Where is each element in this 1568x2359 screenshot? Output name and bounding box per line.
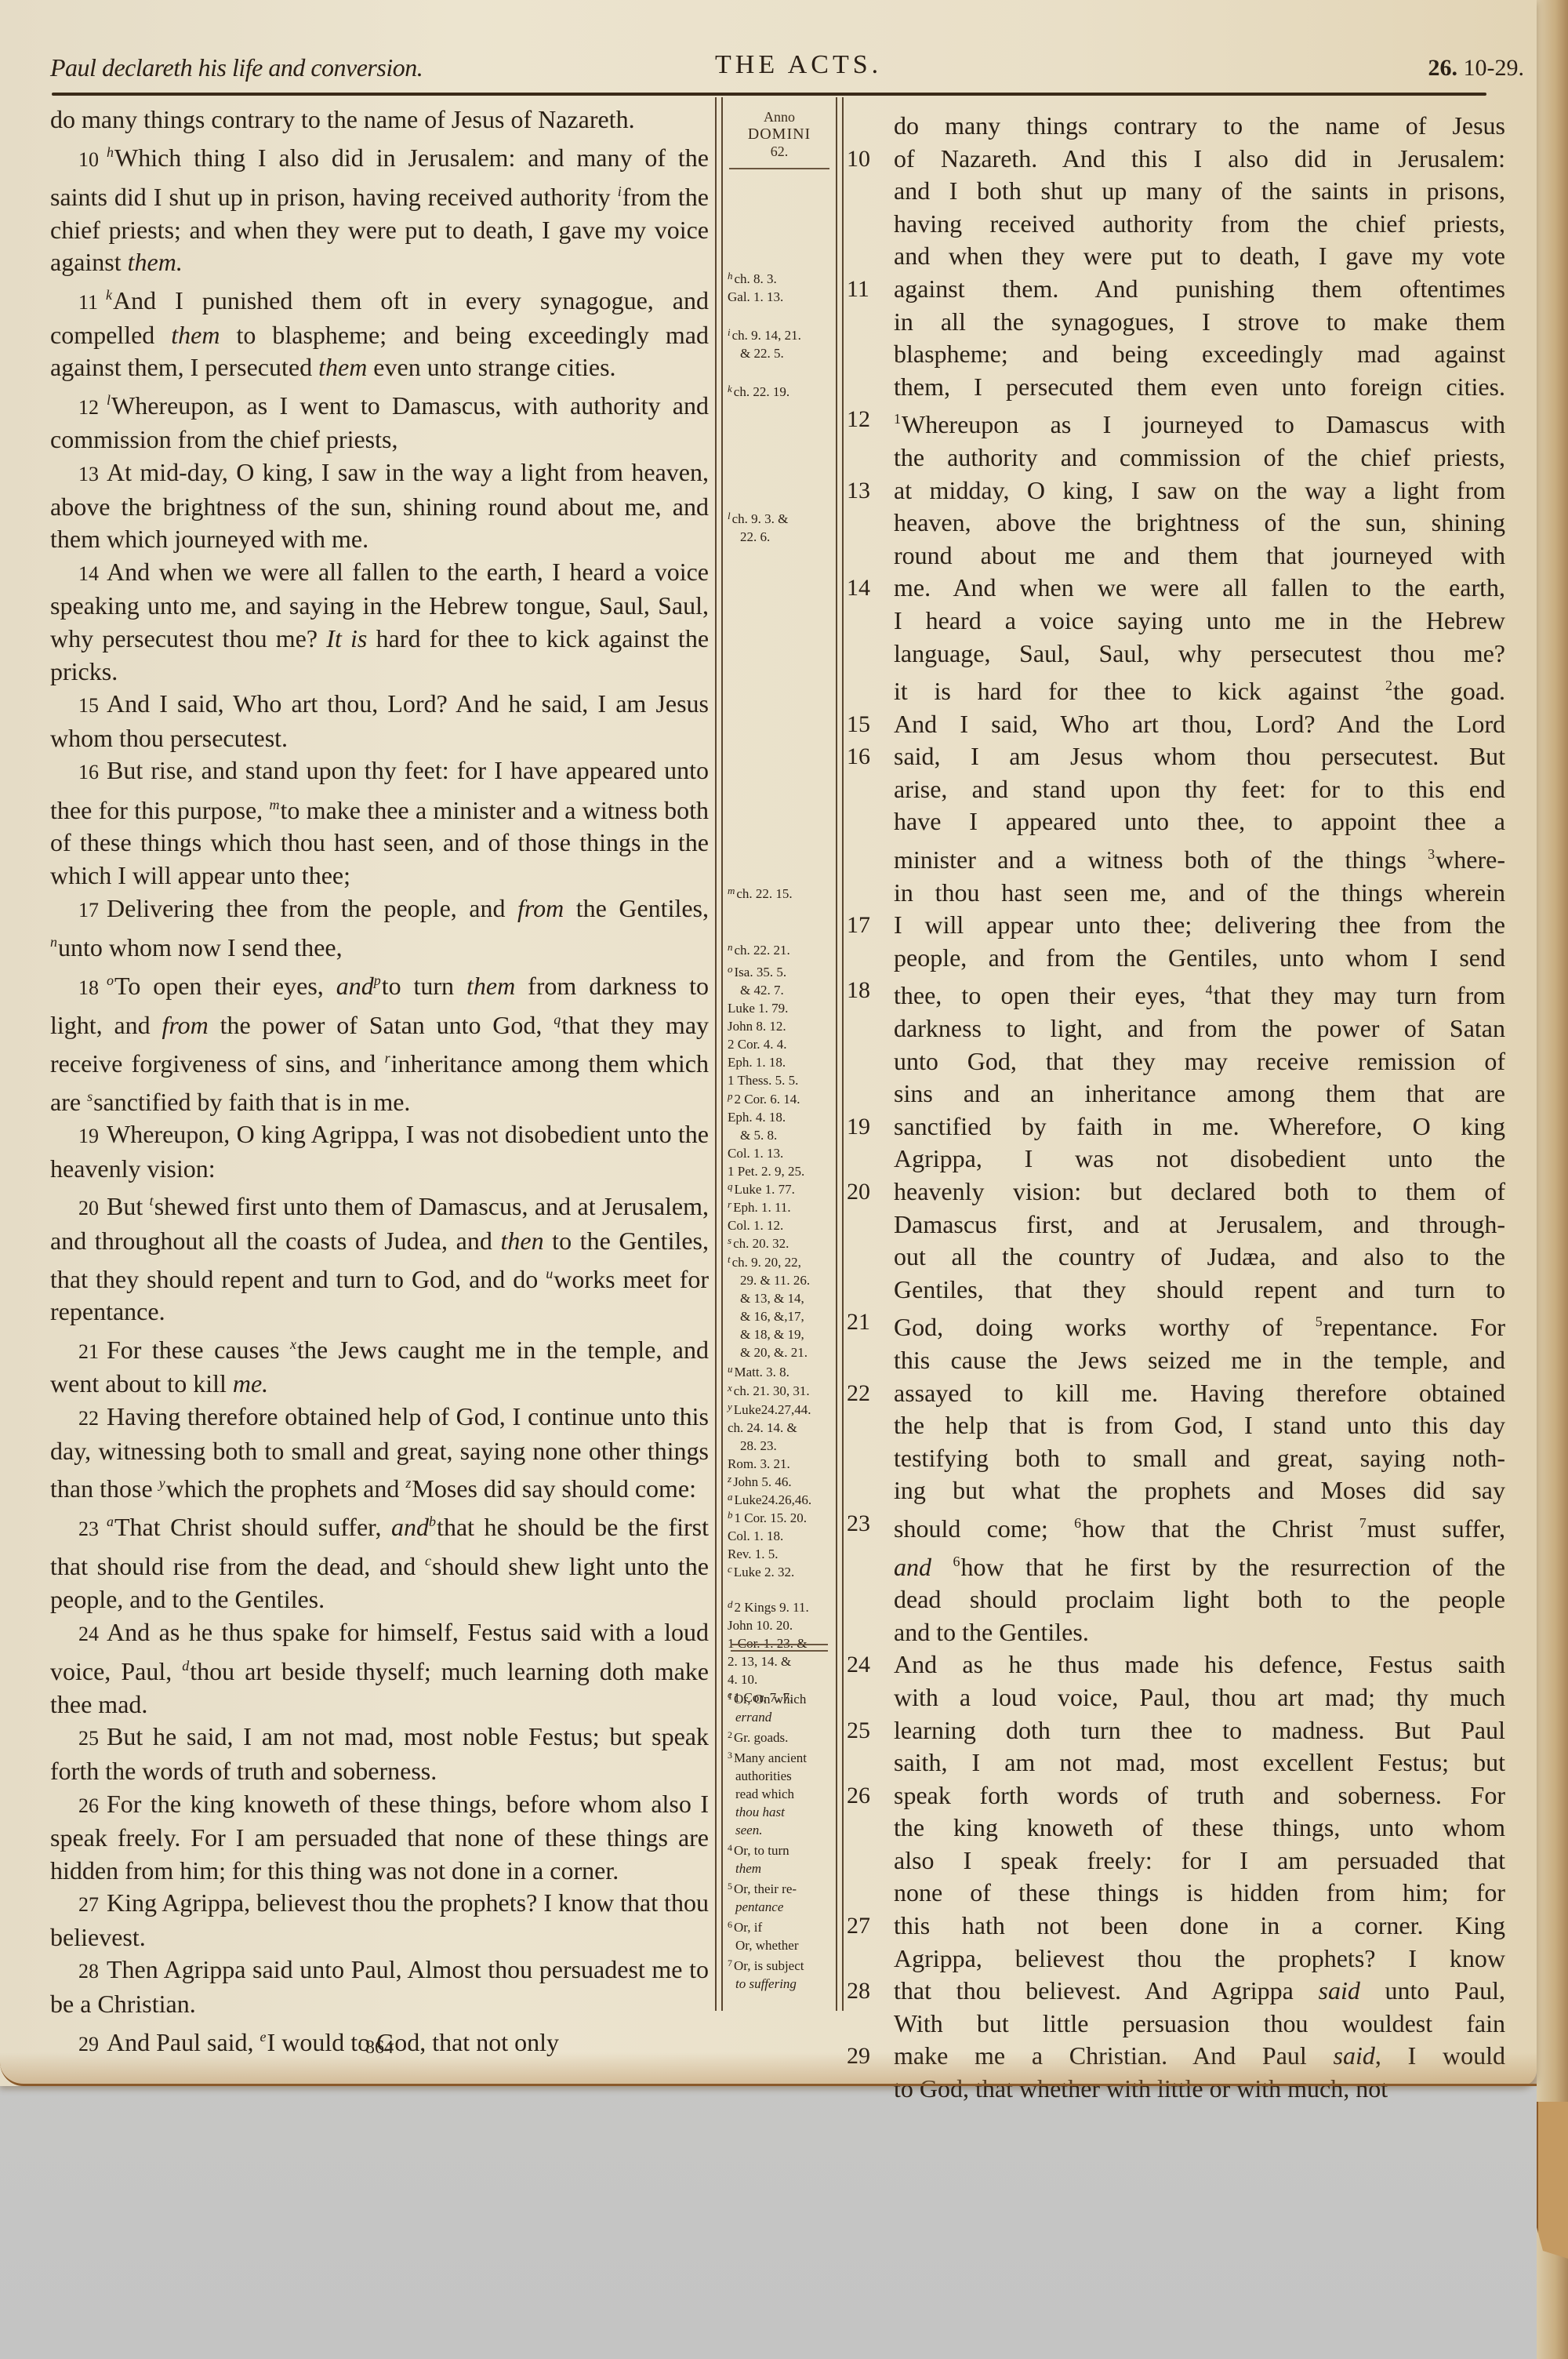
reference-text: & 20, &. 21. xyxy=(740,1345,808,1360)
verse-text: none of these things is hidden from him;… xyxy=(894,1878,1505,1906)
note-number: 7 xyxy=(728,1957,732,1968)
reference-mark: k xyxy=(728,383,732,394)
book-page: Paul declareth his life and conversion. … xyxy=(0,0,1537,2086)
verse-text: out all the country of Judæa, and also t… xyxy=(894,1242,1505,1270)
reference-text: & 16, &,17, xyxy=(740,1309,804,1324)
verse-text: this cause the Jews seized me in the tem… xyxy=(894,1346,1505,1374)
text-line: sins and an inheritance among them that … xyxy=(847,1078,1505,1110)
marginal-notes: 1Or, On whicherrand2Gr. goads.3Many anci… xyxy=(728,1688,840,1993)
verse-number: 13 xyxy=(78,463,99,485)
reference-entry: ich. 9. 14, 21.& 22. 5. xyxy=(728,323,801,362)
verse: 10hWhich thing I also did in Jerusalem: … xyxy=(50,136,709,279)
reference-mark: h xyxy=(107,144,114,160)
verse-number: 20 xyxy=(78,1197,99,1219)
verse-number: 15 xyxy=(847,708,870,741)
verse-text: arise, and stand upon thy feet: for to t… xyxy=(894,775,1505,803)
verse-text: King Agrippa, believest thou the prophet… xyxy=(50,1888,709,1951)
verse-text: blaspheme; and being exceedingly mad aga… xyxy=(894,340,1505,368)
verse-text: And I said, Who art thou, Lord? And the … xyxy=(894,710,1505,738)
italic-text: and xyxy=(391,1513,429,1541)
verse-number: 29 xyxy=(847,2040,870,2073)
note-number: 6 xyxy=(728,1919,732,1930)
verse-text: the power of Satan unto God, xyxy=(209,1011,554,1039)
reference-line: 29. & 11. 26. xyxy=(728,1271,810,1289)
chapter-verse-range: 26. 10-29. xyxy=(1428,55,1525,82)
verse: 22Having therefore obtained help of God,… xyxy=(50,1401,709,1506)
italic-text: them xyxy=(318,353,367,381)
verse-text: the authority and commission of the chie… xyxy=(894,443,1505,471)
reference-mark: e xyxy=(260,2029,267,2045)
right-column-revised: do many things contrary to the name of J… xyxy=(847,110,1505,2106)
reference-text: Gal. 1. 13. xyxy=(728,289,783,304)
reference-text: 28. 23. xyxy=(740,1438,777,1453)
reference-entry: p2 Cor. 6. 14.Eph. 4. 18.& 5. 8.Col. 1. … xyxy=(728,1087,804,1180)
reference-entry: oIsa. 35. 5.& 42. 7.Luke 1. 79.John 8. 1… xyxy=(728,960,798,1089)
verse-text: make me a Christian. And Paul xyxy=(894,2041,1334,2070)
reference-text: ch. 9. 14, 21. xyxy=(732,328,801,343)
reference-line: cLuke 2. 32. xyxy=(728,1560,794,1581)
running-title: Paul declareth his life and conversion. xyxy=(50,53,423,82)
text-line: 13at midday, O king, I saw on the way a … xyxy=(847,474,1505,507)
text-line: testifying both to small and great, sayi… xyxy=(847,1442,1505,1475)
reference-line: 28. 23. xyxy=(728,1437,811,1455)
verse: 18oTo open their eyes, andpto turn them … xyxy=(50,965,709,1118)
text-line: 27this hath not been done in a corner. K… xyxy=(847,1910,1505,1943)
reference-line: mch. 22. 15. xyxy=(728,881,793,903)
reference-mark: o xyxy=(107,972,114,988)
reference-mark: c xyxy=(728,1563,732,1575)
verse-text: heavenly vision: but declared both to th… xyxy=(894,1177,1505,1205)
header-rule xyxy=(52,93,1486,96)
reference-mark: x xyxy=(728,1382,732,1394)
reference-line: & 18, & 19, xyxy=(728,1325,810,1343)
verse-text: sanctified by faith in me. Wherefore, O … xyxy=(894,1112,1505,1140)
note-mark: 2 xyxy=(1385,678,1392,693)
text-line: minister and a witness both of the thing… xyxy=(847,838,1505,877)
verse-text: But he said, I am not mad, most noble Fe… xyxy=(50,1722,709,1785)
note-line: pentance xyxy=(728,1898,840,1916)
text-line: 21God, doing works worthy of 5repentance… xyxy=(847,1306,1505,1344)
reference-entry: mch. 22. 15. xyxy=(728,881,793,903)
note-number: 3 xyxy=(728,1750,732,1761)
note-text: Many ancient xyxy=(734,1750,807,1765)
reference-line: 2 Cor. 4. 4. xyxy=(728,1035,798,1053)
page-tab xyxy=(1537,2102,1568,2259)
reference-text: ch. 22. 19. xyxy=(734,384,789,399)
reference-text: ch. 20. 32. xyxy=(733,1236,789,1251)
verse-text: unto whom now I send thee, xyxy=(58,933,343,961)
reference-text: ch. 8. 3. xyxy=(735,271,777,286)
reference-mark: s xyxy=(728,1234,731,1246)
verse-text: For the king knoweth of these things, be… xyxy=(50,1790,709,1885)
verse-number: 17 xyxy=(78,899,99,921)
verse-number: 27 xyxy=(78,1893,99,1916)
reference-line: Col. 1. 18. xyxy=(728,1527,807,1545)
note-number: 5 xyxy=(728,1881,732,1892)
note-mark: 6 xyxy=(1074,1515,1081,1531)
verse-text: repentance. For xyxy=(1323,1313,1505,1341)
text-line: Agrippa, I was not disobedient unto the xyxy=(847,1143,1505,1176)
verse-number: 16 xyxy=(847,740,870,773)
note-line: 4Or, to turn xyxy=(728,1839,840,1859)
reference-line: nch. 22. 21. xyxy=(728,938,790,959)
verse-text: Delivering thee from the people, and xyxy=(107,894,517,922)
reference-mark: p xyxy=(728,1090,733,1102)
verse-text: Whereupon, O king Agrippa, I was not dis… xyxy=(50,1120,709,1183)
reference-entry: cLuke 2. 32. xyxy=(728,1560,794,1581)
note-line: read which xyxy=(728,1785,840,1803)
verse-text: this hath not been done in a corner. Kin… xyxy=(894,1911,1505,1939)
text-line: blaspheme; and being exceedingly mad aga… xyxy=(847,338,1505,371)
reference-text: Eph. 1. 11. xyxy=(733,1200,791,1215)
verse-text: round about me and them that journeyed w… xyxy=(894,541,1505,569)
reference-text: ch. 9. 3. & xyxy=(732,511,789,526)
reference-mark: n xyxy=(728,941,733,953)
reference-entry: xch. 21. 30, 31. xyxy=(728,1379,810,1400)
verse-text: With but little persuasion thou wouldest… xyxy=(894,2009,1505,2037)
italic-text: them. xyxy=(128,248,183,276)
verse-text: I will appear unto thee; delivering thee… xyxy=(894,911,1505,939)
reference-text: & 18, & 19, xyxy=(740,1327,804,1342)
verse: 11kAnd I punished them oft in every syna… xyxy=(50,279,709,384)
text-line: 121Whereupon as I journeyed to Damascus … xyxy=(847,403,1505,442)
verse-number: 24 xyxy=(78,1623,99,1645)
italic-text: said xyxy=(1319,1976,1360,2005)
note-line: 7Or, is subject xyxy=(728,1954,840,1975)
verse-number: 23 xyxy=(78,1518,99,1540)
verse-text: I would to God, that not only xyxy=(267,2028,559,2056)
text-line: With but little persuasion thou wouldest… xyxy=(847,2008,1505,2041)
note-line: thou hast xyxy=(728,1803,840,1821)
text-line: arise, and stand upon thy feet: for to t… xyxy=(847,773,1505,806)
verse: 13At mid-day, O king, I saw in the way a… xyxy=(50,456,709,556)
text-line: this cause the Jews seized me in the tem… xyxy=(847,1344,1505,1377)
text-line: 28that thou believest. And Agrippa said … xyxy=(847,1975,1505,2008)
text-line: 16said, I am Jesus whom thou persecutest… xyxy=(847,740,1505,773)
reference-line: kch. 22. 19. xyxy=(728,380,789,401)
verse-text: language, Saul, Saul, why persecutest th… xyxy=(894,639,1505,667)
verse-number: 18 xyxy=(847,974,870,1007)
reference-entry: d2 Kings 9. 11.John 10. 20.1 Cor. 1. 23.… xyxy=(728,1595,809,1688)
note-line: to suffering xyxy=(728,1975,840,1993)
verse-text: where- xyxy=(1436,845,1505,874)
note-text: thou hast xyxy=(735,1805,785,1819)
verse-text: thee, to open their eyes, xyxy=(894,981,1206,1009)
verse: 19Whereupon, O king Agrippa, I was not d… xyxy=(50,1118,709,1185)
italic-text: from xyxy=(517,894,564,922)
verse-text: unto God, that they may receive remissio… xyxy=(894,1047,1505,1075)
verse-number: 20 xyxy=(847,1176,870,1209)
reference-text: 2 Cor. 6. 14. xyxy=(735,1092,800,1107)
reference-line: ich. 9. 14, 21. xyxy=(728,323,801,344)
verse-text: should come; xyxy=(894,1514,1074,1543)
verse-text: Then Agrippa said unto Paul, Almost thou… xyxy=(50,1955,709,2018)
reference-mark: b xyxy=(728,1509,733,1521)
reference-line: oIsa. 35. 5. xyxy=(728,960,798,981)
reference-text: Eph. 4. 18. xyxy=(728,1110,786,1125)
reference-line: yLuke24.27,44. xyxy=(728,1398,811,1419)
verse-text: how that he first by the resurrection of… xyxy=(961,1553,1506,1581)
reference-line: & 22. 5. xyxy=(728,344,801,362)
text-line: it is hard for thee to kick against 2the… xyxy=(847,670,1505,708)
reference-mark: n xyxy=(50,934,57,950)
reference-mark: o xyxy=(728,963,733,975)
verse-text: the goad. xyxy=(1393,677,1505,705)
note-line: authorities xyxy=(728,1767,840,1785)
reference-mark: u xyxy=(728,1363,733,1375)
verse-text: against them. And punishing them oftenti… xyxy=(894,274,1505,303)
verse-text: For these causes xyxy=(107,1336,290,1364)
note-text: errand xyxy=(735,1710,771,1725)
text-line: with a loud voice, Paul, thou art mad; t… xyxy=(847,1681,1505,1714)
verse-text: Whereupon as I journeyed to Damascus wit… xyxy=(902,410,1505,438)
verse-number: 28 xyxy=(847,1975,870,2008)
italic-text: them xyxy=(466,972,515,1000)
note-line: seen. xyxy=(728,1821,840,1839)
verse: 25But he said, I am not mad, most noble … xyxy=(50,1721,709,1787)
reference-line: & 20, &. 21. xyxy=(728,1343,810,1361)
verse-number: 19 xyxy=(78,1125,99,1147)
verse-text: And Paul said, xyxy=(107,2028,260,2056)
left-column-kjv: do many things contrary to the name of J… xyxy=(50,104,709,2060)
note-text: pentance xyxy=(735,1899,783,1914)
text-line: to God, that whether with little or with… xyxy=(847,2073,1505,2106)
reference-mark: z xyxy=(728,1473,731,1485)
verse-text: in thou hast seen me, and of the things … xyxy=(894,878,1505,907)
reference-text: John 10. 20. xyxy=(728,1618,793,1633)
reference-line: Eph. 4. 18. xyxy=(728,1108,804,1126)
verse: 12lWhereupon, as I went to Damascus, wit… xyxy=(50,384,709,456)
verse-text: And as he thus made his defence, Festus … xyxy=(894,1650,1505,1678)
italic-text: It is xyxy=(326,624,367,652)
reference-entry: yLuke24.27,44.ch. 24. 14. &28. 23.Rom. 3… xyxy=(728,1398,811,1473)
verse-number: 26 xyxy=(847,1779,870,1812)
verse-number: 14 xyxy=(847,572,870,605)
verse-continuation: do many things contrary to the name of J… xyxy=(50,104,709,136)
text-line: ing but what the prophets and Moses did … xyxy=(847,1474,1505,1507)
text-line: the king knoweth of these things, unto w… xyxy=(847,1812,1505,1845)
notes-rule xyxy=(731,1650,828,1652)
reference-line: 2. 13, 14. & xyxy=(728,1652,809,1670)
reference-mark: y xyxy=(728,1401,732,1412)
reference-line: ch. 24. 14. & xyxy=(728,1419,811,1437)
note-text: to suffering xyxy=(735,1976,797,1991)
text-line: saith, I am not mad, most excellent Fest… xyxy=(847,1747,1505,1779)
italic-text: and xyxy=(894,1553,931,1581)
verse-text: having received authority from the chief… xyxy=(894,209,1505,238)
verse-text: have I appeared unto thee, to appoint th… xyxy=(894,807,1505,835)
italic-text: and xyxy=(336,972,374,1000)
reference-mark: q xyxy=(554,1012,561,1027)
verse-number: 10 xyxy=(847,143,870,176)
verse-number: 23 xyxy=(847,1507,870,1540)
reference-line: lch. 9. 3. & xyxy=(728,507,788,528)
text-line: out all the country of Judæa, and also t… xyxy=(847,1241,1505,1274)
text-line: 17I will appear unto thee; delivering th… xyxy=(847,909,1505,942)
text-line: I heard a voice saying unto me in the He… xyxy=(847,605,1505,638)
reference-entry: tch. 9. 20, 22,29. & 11. 26.& 13, & 14,&… xyxy=(728,1250,810,1361)
reference-text: ch. 22. 15. xyxy=(736,886,792,901)
reference-text: 22. 6. xyxy=(740,529,770,544)
reference-line: Gal. 1. 13. xyxy=(728,288,783,306)
note-text: them xyxy=(735,1861,761,1876)
verse: 24And as he thus spake for himself, Fest… xyxy=(50,1616,709,1721)
text-line: round about me and them that journeyed w… xyxy=(847,540,1505,572)
verse-number: 16 xyxy=(78,761,99,783)
note-text: read which xyxy=(735,1787,794,1801)
anno-rule xyxy=(729,168,829,169)
reference-line: John 8. 12. xyxy=(728,1017,798,1035)
note-line: Or, whether xyxy=(728,1936,840,1954)
verse-text: And I said, Who art thou, Lord? And he s… xyxy=(50,689,709,752)
reference-mark: q xyxy=(728,1180,733,1192)
reference-entry: hch. 8. 3.Gal. 1. 13. xyxy=(728,267,783,306)
reference-mark: p xyxy=(374,972,381,988)
reference-text: Luke24.27,44. xyxy=(734,1402,811,1417)
text-line: heaven, above the brightness of the sun,… xyxy=(847,507,1505,540)
italic-text: then xyxy=(500,1227,543,1255)
reference-mark: s xyxy=(87,1089,93,1104)
verse-text: and when they were put to death, I gave … xyxy=(894,242,1505,270)
note-text: Or, On which xyxy=(734,1692,806,1707)
verse-number: 24 xyxy=(847,1648,870,1681)
text-line: dead should proclaim light both to the p… xyxy=(847,1583,1505,1616)
verse-text: sins and an inheritance among them that … xyxy=(894,1079,1505,1107)
reference-mark: l xyxy=(107,392,111,408)
verse-text: , I would xyxy=(1375,2041,1505,2070)
reference-mark: h xyxy=(728,270,733,282)
note-text: Or, is subject xyxy=(734,1958,804,1973)
note-mark: 6 xyxy=(953,1554,960,1569)
note-line: 3Many ancient xyxy=(728,1747,840,1767)
note-number: 4 xyxy=(728,1842,732,1853)
reference-text: Eph. 1. 18. xyxy=(728,1055,786,1070)
verse-text: them, I persecuted them even unto foreig… xyxy=(894,373,1505,401)
reference-text: & 22. 5. xyxy=(740,346,784,361)
verse: 23aThat Christ should suffer, andbthat h… xyxy=(50,1506,709,1616)
text-line: 20heavenly vision: but declared both to … xyxy=(847,1176,1505,1209)
verse-text: of Nazareth. And this I also did in Jeru… xyxy=(894,144,1505,173)
reference-mark: d xyxy=(728,1598,733,1610)
reference-line: Luke 1. 79. xyxy=(728,999,798,1017)
reference-mark: k xyxy=(106,287,112,303)
note-mark: 4 xyxy=(1206,982,1213,998)
reference-line: & 5. 8. xyxy=(728,1126,804,1144)
reference-mark: a xyxy=(107,1514,114,1529)
text-line: 29make me a Christian. And Paul said, I … xyxy=(847,2040,1505,2073)
verse: 27King Agrippa, believest thou the proph… xyxy=(50,1887,709,1954)
reference-line: & 42. 7. xyxy=(728,981,798,999)
verse-text: To open their eyes, xyxy=(114,972,336,1000)
reference-mark: i xyxy=(618,184,622,199)
reference-text: 2. 13, 14. & xyxy=(728,1654,791,1669)
italic-text: from xyxy=(162,1011,209,1039)
verse-text: people, and from the Gentiles, unto whom… xyxy=(894,943,1505,972)
verse-text: also I speak freely: for I am persuaded … xyxy=(894,1846,1505,1874)
verse-number: 22 xyxy=(847,1377,870,1410)
text-line: 25learning doth turn thee to madness. Bu… xyxy=(847,1714,1505,1747)
verse-number: 25 xyxy=(847,1714,870,1747)
verse-text: But xyxy=(107,1192,150,1220)
reference-text: ch. 9. 20, 22, xyxy=(732,1255,801,1270)
verse-number: 11 xyxy=(78,291,98,314)
verse-number: 21 xyxy=(78,1340,99,1363)
text-line: the authority and commission of the chie… xyxy=(847,442,1505,474)
verse: 14And when we were all fallen to the ear… xyxy=(50,556,709,688)
text-line: have I appeared unto thee, to appoint th… xyxy=(847,805,1505,838)
domini-label: DOMINI xyxy=(717,125,842,143)
note-number: 1 xyxy=(728,1691,732,1702)
note-line: them xyxy=(728,1859,840,1877)
verse-text: unto Paul, xyxy=(1360,1976,1505,2005)
reference-entry: sch. 20. 32. xyxy=(728,1231,789,1252)
text-line: unto God, that they may receive remissio… xyxy=(847,1045,1505,1078)
anno-year: 62. xyxy=(717,143,842,160)
reference-line: uMatt. 3. 8. xyxy=(728,1360,789,1381)
reference-mark: r xyxy=(728,1198,731,1210)
reference-entry: rEph. 1. 11.Col. 1. 12. xyxy=(728,1195,791,1234)
note-text: Or, whether xyxy=(735,1938,799,1953)
note-line: 2Gr. goads. xyxy=(728,1726,840,1747)
reference-mark: b xyxy=(429,1514,436,1529)
verse-text: speak forth words of truth and soberness… xyxy=(894,1781,1505,1809)
note-line: errand xyxy=(728,1708,840,1726)
verse-text: that thou believest. And Agrippa xyxy=(894,1976,1319,2005)
reference-mark: t xyxy=(728,1253,731,1265)
verse-text: to turn xyxy=(382,972,466,1000)
note-text: Or, their re- xyxy=(734,1881,797,1896)
text-line: and to the Gentiles. xyxy=(847,1616,1505,1649)
book-title: THE ACTS. xyxy=(715,50,882,80)
text-line: and I both shut up many of the saints in… xyxy=(847,175,1505,208)
reference-text: & 13, & 14, xyxy=(740,1291,804,1306)
reference-line: John 10. 20. xyxy=(728,1616,809,1634)
note-mark: 3 xyxy=(1428,846,1435,862)
chapter-number: 26. xyxy=(1428,55,1458,81)
reference-line: sch. 20. 32. xyxy=(728,1231,789,1252)
verse-number: 28 xyxy=(78,1960,99,1983)
verse-text: dead should proclaim light both to the p… xyxy=(894,1585,1505,1613)
verse-text: sanctified by faith that is in me. xyxy=(93,1088,410,1116)
verse-text: it is hard for thee to kick against xyxy=(894,677,1385,705)
verse-text: and to the Gentiles. xyxy=(894,1618,1089,1646)
verse-text: me. And when we were all fallen to the e… xyxy=(894,573,1505,602)
reference-text: 1 Thess. 5. 5. xyxy=(728,1073,798,1088)
verse-text: Agrippa, believest thou the prophets? I … xyxy=(894,1944,1505,1972)
reference-mark: t xyxy=(150,1193,154,1209)
verse-number: 13 xyxy=(847,474,870,507)
verse-number: 12 xyxy=(847,403,870,436)
italic-text: me. xyxy=(233,1369,268,1398)
reference-line: p2 Cor. 6. 14. xyxy=(728,1087,804,1108)
reference-entry: lch. 9. 3. &22. 6. xyxy=(728,507,788,546)
verse: 16But rise, and stand upon thy feet: for… xyxy=(50,754,709,892)
margin-reference-column: Anno DOMINI 62. hch. 8. 3.Gal. 1. 13.ich… xyxy=(715,97,844,2011)
reference-entry: nch. 22. 21. xyxy=(728,938,790,959)
page-number: 864 xyxy=(365,2037,394,2059)
verse-number: 22 xyxy=(78,1407,99,1430)
text-line: having received authority from the chief… xyxy=(847,208,1505,241)
verse-number: 29 xyxy=(78,2033,99,2055)
italic-text: them xyxy=(171,321,220,349)
text-line: them, I persecuted them even unto foreig… xyxy=(847,371,1505,404)
verse-text: learning doth turn thee to madness. But … xyxy=(894,1716,1505,1744)
reference-line: & 13, & 14, xyxy=(728,1289,810,1307)
reference-line: hch. 8. 3. xyxy=(728,267,783,288)
reference-text: 29. & 11. 26. xyxy=(740,1273,810,1288)
verse-number: 18 xyxy=(78,976,99,999)
verse-number: 26 xyxy=(78,1794,99,1817)
